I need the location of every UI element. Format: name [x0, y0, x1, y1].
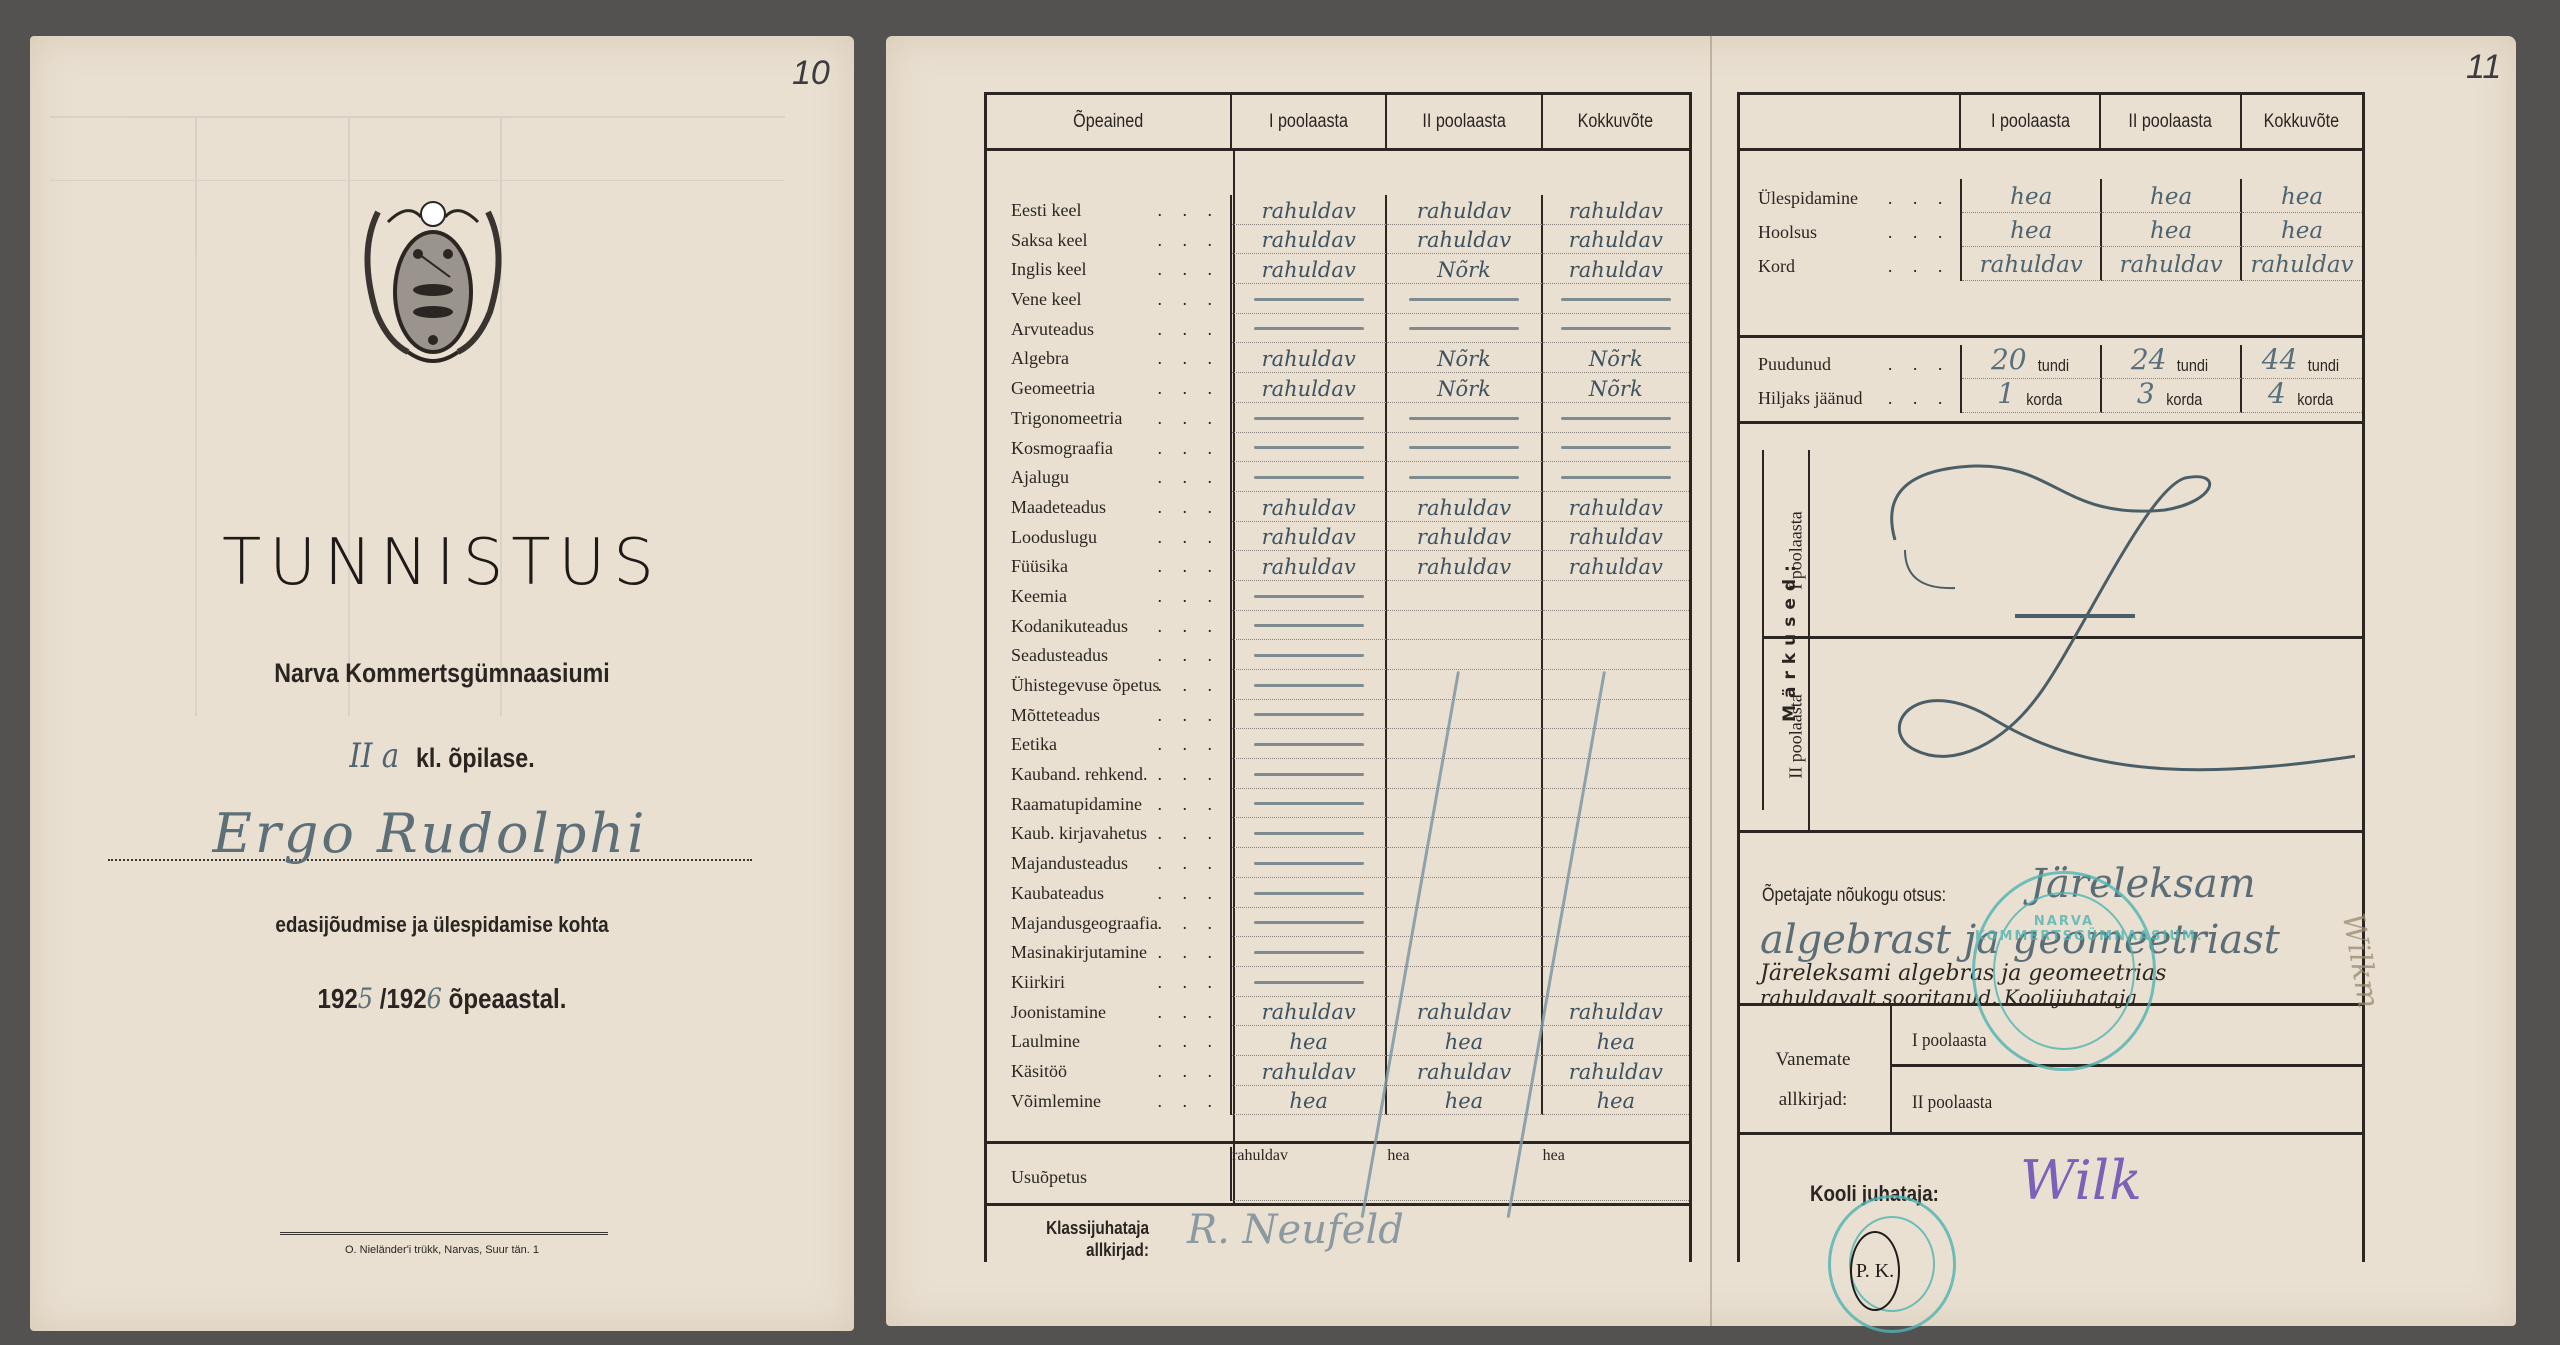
subject-name: Kaubateadus. . . [987, 878, 1232, 908]
grade-term-2 [1387, 581, 1542, 611]
table-row: Ajalugu. . . [987, 462, 1689, 492]
table-row: Ühistegevuse õpetus. . . [987, 670, 1689, 700]
grade-term-1: rahuldav [1232, 522, 1387, 552]
parents-term-2: II poolaasta [1912, 1092, 1992, 1114]
table-row: Keemia. . . [987, 581, 1689, 611]
conduct-header: I poolaasta II poolaasta Kokkuvõte [1740, 95, 2362, 151]
leader-dots: . . . [1158, 818, 1221, 848]
pen-dash-mark [1254, 981, 1364, 984]
remarks-section: Märkused: I poolaasta II poolaasta [1740, 450, 2362, 840]
grade-term-2 [1387, 670, 1542, 700]
certificate-cover-page: 10 TUNNISTUS Narva Kommertsgümnaasiumi I… [30, 36, 854, 1331]
grade-term-1 [1232, 314, 1387, 344]
conduct-term-1: hea [1962, 213, 2102, 247]
grade-term-2: rahuldav [1387, 492, 1542, 522]
grade-term-2: Nõrk [1387, 373, 1542, 403]
leader-dots: . . . [1158, 670, 1221, 700]
leader-dots: . . . [1158, 848, 1221, 878]
grade-term-1 [1232, 789, 1387, 819]
subject-name: Ajalugu. . . [987, 462, 1232, 492]
pen-dash-mark [1254, 892, 1364, 895]
subject-name: Eetika. . . [987, 729, 1232, 759]
grade-term-2 [1387, 729, 1542, 759]
class-teacher-label: Klassijuhataja allkirjad: [1046, 1217, 1149, 1261]
grade-term-2: Nõrk [1387, 343, 1542, 373]
table-row-religion: Usuõpetus rahuldav hea hea [987, 1147, 1689, 1201]
leader-dots: . . . [1158, 908, 1221, 938]
grade-summary: rahuldav [1543, 522, 1689, 552]
remarks-rule [1808, 450, 1810, 830]
subject-name: Majandusteadus. . . [987, 848, 1232, 878]
subject-name: Saksa keel. . . [987, 225, 1232, 255]
table-row: Käsitöö. . .rahuldavrahuldavrahuldav [987, 1056, 1689, 1086]
leader-dots: . . . [1158, 937, 1221, 967]
pen-dash-mark [1254, 595, 1364, 598]
grade-term-1: rahuldav [1232, 551, 1387, 581]
leader-dots: . . . [1158, 551, 1221, 581]
leader-dots: . . . [1158, 254, 1221, 284]
grades-table: Õpeained I poolaasta II poolaasta Kokkuv… [984, 92, 1692, 1262]
grade-summary [1543, 433, 1689, 463]
pen-dash-mark [1561, 476, 1671, 479]
table-row: Seadusteadus. . . [987, 640, 1689, 670]
grade-term-1 [1232, 848, 1387, 878]
table-row: Kaub. kirjavahetus. . . [987, 818, 1689, 848]
pen-dash-mark [1254, 417, 1364, 420]
pen-dash-mark [1561, 327, 1671, 330]
leader-dots: . . . [1158, 492, 1221, 522]
grade-term-2 [1387, 611, 1542, 641]
leader-dots: . . . [1158, 522, 1221, 552]
printer-rule [280, 1232, 608, 1235]
pen-dash-mark [1409, 417, 1519, 420]
grade-term-1: rahuldav [1232, 1056, 1387, 1086]
remarks-rule [1762, 450, 1764, 810]
subject-name: Masinakirjutamine. . . [987, 937, 1232, 967]
table-row: Laulmine. . .heaheahea [987, 1026, 1689, 1056]
leader-dots: . . . [1158, 700, 1221, 730]
subject-name: Keemia. . . [987, 581, 1232, 611]
subject-name: Kaub. kirjavahetus. . . [987, 818, 1232, 848]
leader-dots: . . . [1158, 225, 1221, 255]
subject-name: Trigonomeetria. . . [987, 403, 1232, 433]
pen-dash-mark [1561, 417, 1671, 420]
table-row: Kaubateadus. . . [987, 878, 1689, 908]
subject-name: Kodanikuteadus. . . [987, 611, 1232, 641]
grade-term-2 [1387, 789, 1542, 819]
seal-initials: P. K. [1850, 1231, 1900, 1311]
grade-summary: hea [1543, 1026, 1689, 1056]
pen-dash-mark [1254, 298, 1364, 301]
grade-term-1 [1232, 878, 1387, 908]
leader-dots: . . . [1158, 640, 1221, 670]
certificate-inner-sheet: 11 Õpeained I poolaasta II poolaasta Kok… [886, 36, 2516, 1326]
grade-term-1 [1232, 700, 1387, 730]
absence-rows: Puudunud. . .20tundi24tundi44tundiHiljak… [1740, 345, 2362, 413]
pen-dash-mark [1409, 298, 1519, 301]
leader-dots: . . . [1888, 379, 1951, 417]
grade-term-2: Nõrk [1387, 254, 1542, 284]
pen-dash-mark [1409, 327, 1519, 330]
pen-dash-mark [1561, 446, 1671, 449]
pen-dash-mark [1254, 832, 1364, 835]
grade-term-1 [1232, 670, 1387, 700]
pen-dash-mark [1254, 951, 1364, 954]
leader-dots: . . . [1158, 967, 1221, 997]
grade-term-1: rahuldav [1232, 492, 1387, 522]
grade-summary: hea [1543, 1086, 1689, 1116]
subject-name: Algebra. . . [987, 343, 1232, 373]
grade-term-1: rahuldav [1232, 373, 1387, 403]
grade-term-1 [1232, 908, 1387, 938]
grade-term-1: hea [1232, 1026, 1387, 1056]
grade-term-1 [1232, 729, 1387, 759]
grade-term-1 [1232, 640, 1387, 670]
table-row: Hoolsus. . .heaheahea [1740, 213, 2362, 247]
pen-dash-mark [1254, 684, 1364, 687]
school-head-signature: Wilk [2020, 1149, 2142, 1212]
table-row: Kodanikuteadus. . . [987, 611, 1689, 641]
absence-value: 24tundi [2102, 345, 2242, 379]
folio-number: 11 [2466, 48, 2501, 87]
table-row: Hiljaks jäänud. . .1korda3korda4korda [1740, 379, 2362, 413]
grade-term-2 [1387, 878, 1542, 908]
pen-dash-mark [1254, 773, 1364, 776]
pen-dash-mark [1409, 446, 1519, 449]
grade-summary: rahuldav [1543, 195, 1689, 225]
student-name: Ergo Rudolphi [108, 802, 752, 865]
grade-summary [1543, 670, 1689, 700]
grade-summary [1543, 937, 1689, 967]
leader-dots: . . . [1158, 878, 1221, 908]
table-row: Majandusgeograafia. . . [987, 908, 1689, 938]
grade-summary [1543, 967, 1689, 997]
subject-name: Käsitöö. . . [987, 1056, 1232, 1086]
grade-summary [1543, 403, 1689, 433]
year-suffix: õpeaastal. [442, 983, 566, 1014]
leader-dots: . . . [1158, 1026, 1221, 1056]
conduct-term-1: hea [1962, 179, 2102, 213]
table-row: Võimlemine. . .heaheahea [987, 1086, 1689, 1116]
pen-dash-mark [1409, 476, 1519, 479]
conduct-term-1: rahuldav [1962, 247, 2102, 281]
grade-summary: rahuldav [1543, 1056, 1689, 1086]
leader-dots: . . . [1158, 343, 1221, 373]
table-row: Joonistamine. . .rahuldavrahuldavrahulda… [987, 997, 1689, 1027]
conduct-rows: Ülespidamine. . .heaheaheaHoolsus. . .he… [1740, 179, 2362, 281]
conduct-label: Hoolsus. . . [1740, 213, 1962, 247]
grade-summary [1543, 611, 1689, 641]
leader-dots: . . . [1158, 729, 1221, 759]
pen-dash-mark [1254, 654, 1364, 657]
grade-term-2 [1387, 759, 1542, 789]
grade-term-2 [1387, 967, 1542, 997]
subject-name: Looduslugu. . . [987, 522, 1232, 552]
conduct-term-2: hea [2102, 179, 2242, 213]
progress-caption: edasijõudmise ja ülespidamise kohta [88, 912, 797, 938]
grade-summary [1543, 848, 1689, 878]
grade-term-1: rahuldav [1232, 997, 1387, 1027]
grade-term-2: hea [1387, 1026, 1542, 1056]
subject-name: Majandusgeograafia. . . [987, 908, 1232, 938]
subject-name: Geomeetria. . . [987, 373, 1232, 403]
grade-term-1 [1232, 818, 1387, 848]
table-row: Kord. . .rahuldavrahuldavrahuldav [1740, 247, 2362, 281]
grade-term-1 [1232, 967, 1387, 997]
council-decision-label: Õpetajate nõukogu otsus: [1762, 885, 1946, 907]
grade-summary: Nõrk [1543, 373, 1689, 403]
year-separator: /192 [373, 983, 427, 1014]
pen-dash-mark [1254, 327, 1364, 330]
table-row: Füüsika. . .rahuldavrahuldavrahuldav [987, 551, 1689, 581]
pen-dash-mark [1254, 713, 1364, 716]
leader-dots: . . . [1158, 611, 1221, 641]
table-row: Ülespidamine. . .heaheahea [1740, 179, 2362, 213]
grade-summary [1543, 640, 1689, 670]
grade-term-1 [1232, 759, 1387, 789]
leader-dots: . . . [1888, 179, 1951, 217]
student-name-field: Ergo Rudolphi [108, 801, 752, 861]
parents-term-1: I poolaasta [1912, 1030, 1987, 1052]
header-term-2: II poolaasta [2101, 95, 2241, 148]
subject-name: Usuõpetus [987, 1147, 1232, 1201]
pen-dash-mark [1254, 476, 1364, 479]
school-stamp-icon: NARVA KOMMERTSGÜMNAASIUM. [1972, 871, 2156, 1071]
grade-term-1 [1232, 937, 1387, 967]
pen-dash-mark [1254, 802, 1364, 805]
leader-dots: . . . [1158, 997, 1221, 1027]
subject-name: Mõtteteadus. . . [987, 700, 1232, 730]
conduct-summary: hea [2242, 179, 2362, 213]
grade-term-2 [1387, 433, 1542, 463]
subject-name: Füüsika. . . [987, 551, 1232, 581]
subject-name: Kiirkiri. . . [987, 967, 1232, 997]
class-label: kl. õpilase. [416, 743, 535, 773]
table-row: Kiirkiri. . . [987, 967, 1689, 997]
table-row: Eetika. . . [987, 729, 1689, 759]
header-subjects: Õpeained [987, 95, 1232, 148]
grade-summary: rahuldav [1543, 551, 1689, 581]
grade-term-1: rahuldav [1232, 225, 1387, 255]
table-row: Looduslugu. . .rahuldavrahuldavrahuldav [987, 522, 1689, 552]
section-rule [987, 1141, 1689, 1144]
conduct-label: Kord. . . [1740, 247, 1962, 281]
conduct-summary: hea [2242, 213, 2362, 247]
absence-value: 4korda [2242, 379, 2362, 413]
header-blank [1740, 95, 1961, 148]
subject-name: Seadusteadus. . . [987, 640, 1232, 670]
grade-term-2: rahuldav [1387, 522, 1542, 552]
pen-dash-mark [1254, 446, 1364, 449]
grade-term-2: rahuldav [1387, 1056, 1542, 1086]
leader-dots: . . . [1158, 284, 1221, 314]
absence-label: Puudunud. . . [1740, 345, 1962, 379]
table-row: Majandusteadus. . . [987, 848, 1689, 878]
absence-label: Hiljaks jäänud. . . [1740, 379, 1962, 413]
grade-term-2: hea [1387, 1086, 1542, 1116]
table-row: Puudunud. . .20tundi24tundi44tundi [1740, 345, 2362, 379]
subject-name: Raamatupidamine. . . [987, 789, 1232, 819]
table-row: Eesti keel. . .rahuldavrahuldavrahuldav [987, 195, 1689, 225]
table-row: Arvuteadus. . . [987, 314, 1689, 344]
subject-name: Kauband. rehkend.. . . [987, 759, 1232, 789]
school-year: 1925 /1926 õpeaastal. [88, 982, 797, 1015]
pen-dash-mark [1254, 624, 1364, 627]
subject-name: Eesti keel. . . [987, 195, 1232, 225]
grade-summary: hea [1543, 1147, 1689, 1201]
leader-dots: . . . [1158, 403, 1221, 433]
grade-summary [1543, 789, 1689, 819]
leader-dots: . . . [1158, 195, 1221, 225]
header-term-1: I poolaasta [1232, 95, 1387, 148]
header-summary: Kokkuvõte [2242, 95, 2362, 148]
grades-header: Õpeained I poolaasta II poolaasta Kokkuv… [987, 95, 1689, 151]
grade-summary: rahuldav [1543, 254, 1689, 284]
table-row: Mõtteteadus. . . [987, 700, 1689, 730]
grade-summary: rahuldav [1543, 225, 1689, 255]
grade-term-1: rahuldav [1232, 343, 1387, 373]
grade-summary [1543, 314, 1689, 344]
leader-dots: . . . [1158, 1056, 1221, 1086]
grade-term-2 [1387, 848, 1542, 878]
conduct-summary: rahuldav [2242, 247, 2362, 281]
grade-term-2 [1387, 403, 1542, 433]
subject-name: Kosmograafia. . . [987, 433, 1232, 463]
absence-value: 44tundi [2242, 345, 2362, 379]
pen-dash-mark [1561, 298, 1671, 301]
grade-summary: rahuldav [1543, 997, 1689, 1027]
table-row: Vene keel. . . [987, 284, 1689, 314]
leader-dots: . . . [1158, 1086, 1221, 1116]
grade-summary [1543, 759, 1689, 789]
grade-summary [1543, 462, 1689, 492]
printer-imprint: O. Nieländer'i trükk, Narvas, Suur tän. … [30, 1244, 854, 1256]
section-rule [1740, 421, 2362, 424]
table-row: Masinakirjutamine. . . [987, 937, 1689, 967]
grade-summary [1543, 581, 1689, 611]
grade-summary [1543, 908, 1689, 938]
grade-term-2 [1387, 700, 1542, 730]
subject-name: Maadeteadus. . . [987, 492, 1232, 522]
grade-term-1: hea [1232, 1086, 1387, 1116]
grade-term-2 [1387, 314, 1542, 344]
header-term-1: I poolaasta [1961, 95, 2101, 148]
parents-rule [1890, 1006, 1892, 1132]
grade-term-2: rahuldav [1387, 225, 1542, 255]
table-row: Saksa keel. . .rahuldavrahuldavrahuldav [987, 225, 1689, 255]
subject-name: Inglis keel. . . [987, 254, 1232, 284]
conduct-label: Ülespidamine. . . [1740, 179, 1962, 213]
leader-dots: . . . [1888, 345, 1951, 383]
conduct-term-2: hea [2102, 213, 2242, 247]
grade-term-2: rahuldav [1387, 997, 1542, 1027]
grade-term-2 [1387, 818, 1542, 848]
table-row: Kosmograafia. . . [987, 433, 1689, 463]
table-row: Trigonomeetria. . . [987, 403, 1689, 433]
section-rule [1740, 830, 2362, 833]
folio-number: 10 [792, 54, 830, 93]
absence-value: 1korda [1962, 379, 2102, 413]
coat-of-arms-icon [348, 192, 518, 372]
grade-term-1 [1232, 403, 1387, 433]
conduct-term-2: rahuldav [2102, 247, 2242, 281]
grade-term-2 [1387, 284, 1542, 314]
grade-term-1 [1232, 284, 1387, 314]
grade-summary [1543, 284, 1689, 314]
table-row: Inglis keel. . .rahuldavNõrkrahuldav [987, 254, 1689, 284]
subject-name: Arvuteadus. . . [987, 314, 1232, 344]
grade-term-1 [1232, 462, 1387, 492]
subject-name: Joonistamine. . . [987, 997, 1232, 1027]
document-title: TUNNISTUS [30, 526, 854, 600]
leader-dots: . . . [1158, 462, 1221, 492]
school-name: Narva Kommertsgümnaasiumi [88, 658, 797, 689]
pen-dash-mark [1254, 862, 1364, 865]
conduct-table: I poolaasta II poolaasta Kokkuvõte Ülesp… [1737, 92, 2365, 1262]
subject-name: Vene keel. . . [987, 284, 1232, 314]
leader-dots: . . . [1158, 373, 1221, 403]
grade-term-1: rahuldav [1232, 254, 1387, 284]
subject-name: Võimlemine. . . [987, 1086, 1232, 1116]
table-row: Maadeteadus. . .rahuldavrahuldavrahuldav [987, 492, 1689, 522]
grade-summary: Nõrk [1543, 343, 1689, 373]
leader-dots: . . . [1158, 789, 1221, 819]
subject-name: Ühistegevuse õpetus. . . [987, 670, 1232, 700]
class-teacher-signature: R. Neufeld [1187, 1207, 1404, 1253]
leader-dots: . . . [1888, 213, 1951, 251]
grade-rows: Eesti keel. . .rahuldavrahuldavrahuldavS… [987, 195, 1689, 1115]
year-prefix: 192 [318, 983, 358, 1014]
leader-dots: . . . [1158, 581, 1221, 611]
pen-dash-mark [1254, 921, 1364, 924]
grade-term-1: rahuldav [1232, 195, 1387, 225]
parents-label: Vanemate allkirjad: [1758, 1040, 1868, 1120]
section-rule [1740, 335, 2362, 338]
pen-dash-mark [1254, 743, 1364, 746]
grade-term-2 [1387, 640, 1542, 670]
grade-term-1 [1232, 611, 1387, 641]
grade-term-1 [1232, 581, 1387, 611]
grade-summary [1543, 729, 1689, 759]
grade-term-2: rahuldav [1387, 551, 1542, 581]
leader-dots: . . . [1158, 759, 1221, 789]
class-line: II a kl. õpilase. [88, 736, 797, 776]
header-term-2: II poolaasta [1387, 95, 1542, 148]
leader-dots: . . . [1158, 314, 1221, 344]
table-row: Algebra. . .rahuldavNõrkNõrk [987, 343, 1689, 373]
class-value: II a [349, 736, 399, 776]
leader-dots: . . . [1888, 247, 1951, 285]
class-teacher-signature-area: Klassijuhataja allkirjad: R. Neufeld [987, 1207, 1689, 1267]
grade-term-2 [1387, 462, 1542, 492]
section-rule [987, 1203, 1689, 1206]
absence-value: 20tundi [1962, 345, 2102, 379]
grade-summary: rahuldav [1543, 492, 1689, 522]
z-flourish-mark [1835, 450, 2355, 840]
leader-dots: . . . [1158, 433, 1221, 463]
subject-name: Laulmine. . . [987, 1026, 1232, 1056]
year-digit-end: 6 [427, 982, 442, 1015]
grade-term-1 [1232, 433, 1387, 463]
parents-rule [1890, 1064, 2362, 1067]
grade-summary [1543, 818, 1689, 848]
header-summary: Kokkuvõte [1543, 95, 1689, 148]
year-digit-start: 5 [358, 982, 373, 1015]
center-fold [1710, 36, 1712, 1326]
grade-summary [1543, 700, 1689, 730]
grade-term-2: rahuldav [1387, 195, 1542, 225]
table-row: Geomeetria. . .rahuldavNõrkNõrk [987, 373, 1689, 403]
